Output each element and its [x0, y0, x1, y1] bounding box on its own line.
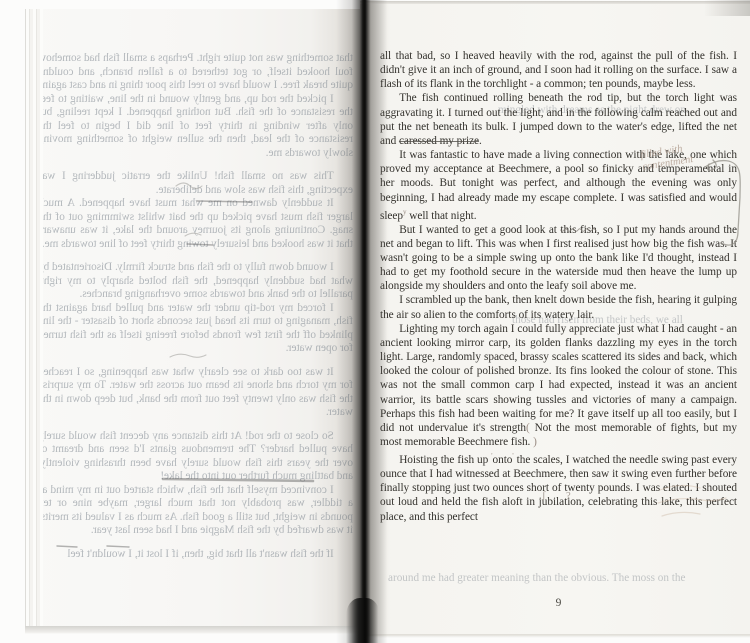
page-number: 9	[380, 597, 737, 609]
ghost-paragraph: This was no small fish! Unlike the errat…	[38, 170, 353, 197]
right-page-bottom-edge	[362, 634, 750, 638]
ghost-paragraph: If the fish wasn't all that big, then, i…	[38, 548, 353, 562]
pencil-mark: ʃ	[542, 490, 546, 501]
text-run: well that night.	[406, 209, 476, 221]
gutter-shadow	[336, 0, 392, 643]
paragraph: Lighting my torch again I could fully ap…	[380, 322, 737, 449]
pencil-mark: ?	[566, 491, 571, 502]
pencil-annotation-run: this fish	[560, 224, 596, 236]
ghost-paragraph: I forced my rod-tip under the water and …	[38, 302, 353, 356]
text-run: all that bad, so I heaved heavily with t…	[380, 50, 737, 90]
ghost-paragraph: I picked the rod up, and gently wound in…	[38, 93, 353, 161]
paragraph: The fish continued rolling beneath the r…	[380, 91, 737, 148]
right-page-top-edge	[360, 1, 750, 4]
ghost-paragraph: that something was not quite right. Perh…	[38, 52, 353, 93]
ghost-paragraph: It suddenly dawned on me what must have …	[38, 197, 353, 251]
left-page: that something was not quite right. Perh…	[25, 9, 361, 627]
corner-shade	[704, 0, 750, 16]
paragraph: all that bad, so I heaved heavily with t…	[380, 49, 737, 91]
text-run: .	[479, 135, 482, 147]
gutter-bottom-shadow	[346, 598, 380, 643]
paragraph: I scrambled up the bank, then knelt down…	[380, 293, 737, 321]
book-scan: that something was not quite right. Perh…	[0, 0, 750, 643]
ghost-line: around me had greater meaning than the o…	[388, 572, 685, 584]
page-edge-stripes	[25, 9, 43, 627]
ghost-paragraph: I convinced myself that the fish, which …	[38, 484, 353, 538]
left-page-ghost-text: that something was not quite right. Perh…	[38, 52, 353, 561]
paragraph: Hoisting the fish up 'onto' the scales, …	[380, 449, 737, 524]
text-run: But I wanted to get a good look at	[399, 224, 560, 236]
ghost-paragraph: It was too dark to see clearly what was …	[38, 366, 353, 420]
text-run: onto	[493, 454, 513, 466]
left-page-bottom-shadow	[25, 626, 362, 634]
right-page-text: all that bad, so I heaved heavily with t…	[380, 49, 737, 524]
text-run: Hoisting the fish up	[399, 454, 491, 466]
ghost-paragraph: I wound down fully to the fish and struc…	[38, 261, 353, 302]
ghost-paragraph: So close to the rod! At this distance an…	[38, 430, 353, 484]
pencil-annotation-run: )	[530, 436, 537, 448]
paragraph: But I wanted to get a good look at this …	[380, 223, 737, 294]
text-run: Lighting my torch again I could fully ap…	[380, 323, 737, 434]
text-run: I scrambled up the bank, then knelt down…	[380, 294, 737, 320]
pencil-annotation-run: caressed my prize	[399, 135, 479, 147]
right-page: mingled with dreams as the night drew on…	[360, 2, 750, 636]
